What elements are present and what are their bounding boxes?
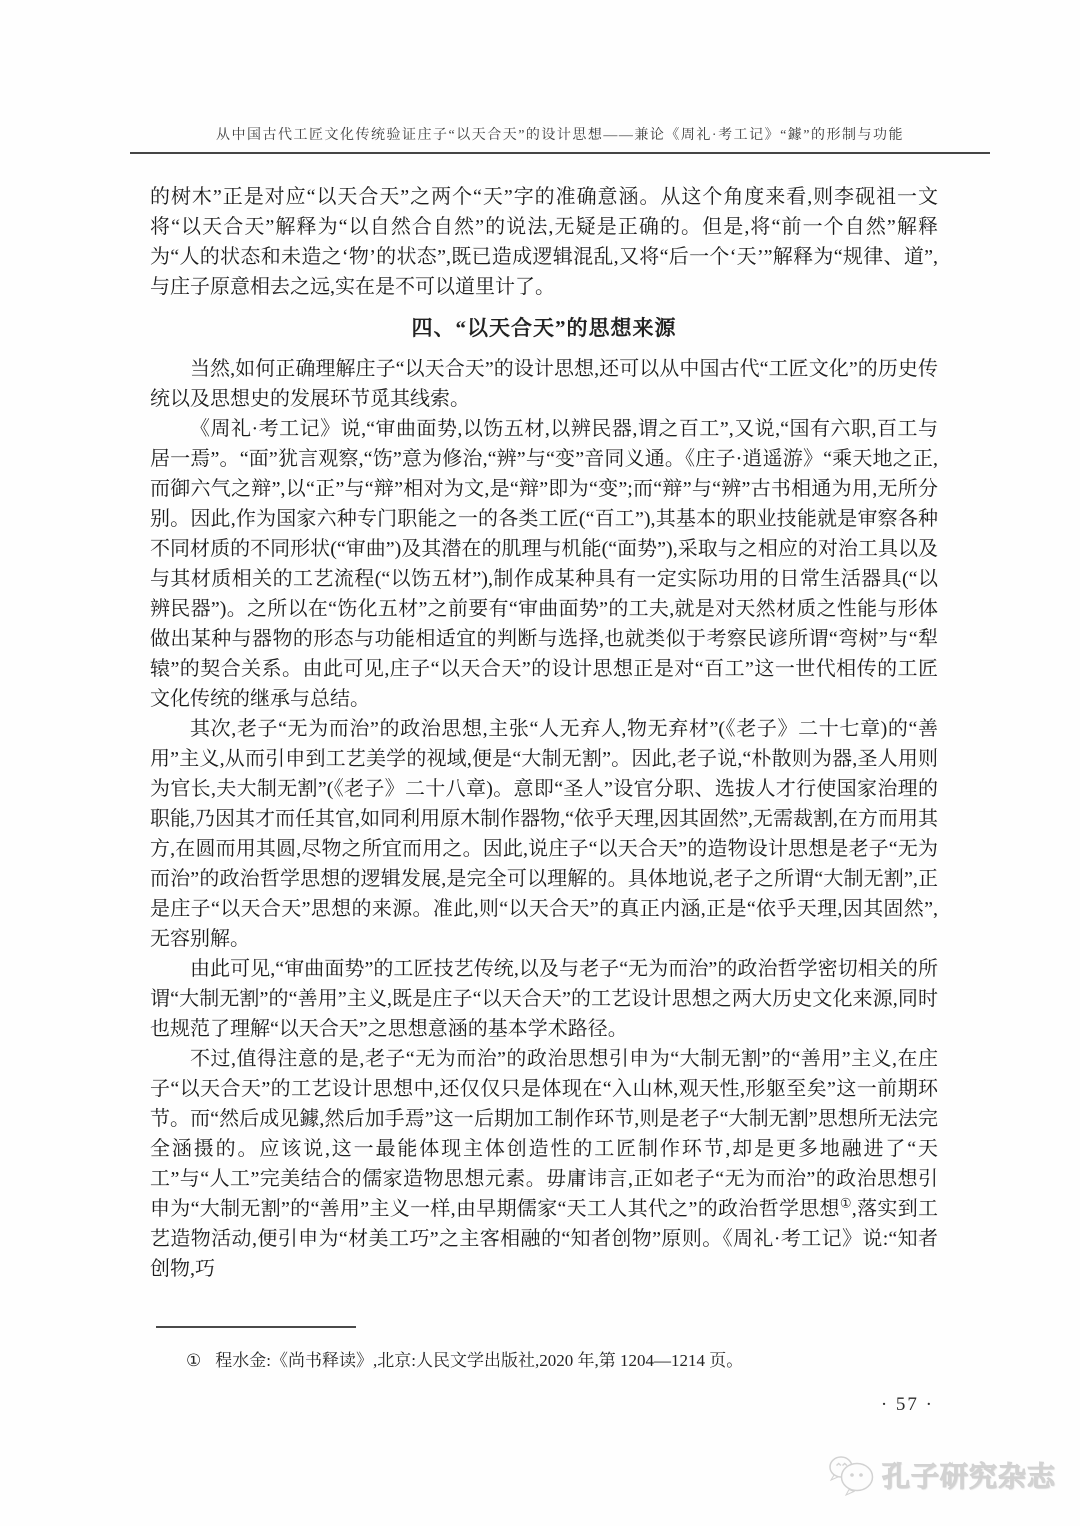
footnote: ①程水金:《尚书释读》,北京:人民文学出版社,2020 年,第 1204—121… — [186, 1348, 938, 1373]
section-heading: 四、“以天合天”的思想来源 — [150, 313, 938, 343]
journal-watermark: 孔子研究杂志 — [828, 1454, 1056, 1496]
paragraph-continuation: 的树木”正是对应“以天合天”之两个“天”字的准确意涵。从这个角度来看,则李砚祖一… — [150, 182, 938, 302]
paragraph-text: 不过,值得注意的是,老子“无为而治”的政治思想引申为“大制无割”的“善用”主义,… — [150, 1048, 938, 1220]
footnote-marker: ① — [186, 1351, 201, 1370]
wechat-speech-bubbles-icon — [828, 1454, 874, 1496]
footnote-text: 程水金:《尚书释读》,北京:人民文学出版社,2020 年,第 1204—1214… — [215, 1351, 743, 1370]
paragraph: 由此可见,“审曲面势”的工匠技艺传统,以及与老子“无为而治”的政治哲学密切相关的… — [150, 954, 938, 1044]
footnote-divider — [156, 1326, 356, 1328]
paragraph: 《周礼·考工记》说,“审曲面势,以饬五材,以辨民器,谓之百工”,又说,“国有六职… — [150, 414, 938, 714]
paragraph: 当然,如何正确理解庄子“以天合天”的设计思想,还可以从中国古代“工匠文化”的历史… — [150, 354, 938, 414]
paragraph: 其次,老子“无为而治”的政治思想,主张“人无弃人,物无弃材”(《老子》二十七章)… — [150, 714, 938, 954]
header-rule — [130, 152, 990, 154]
article-body: 的树木”正是对应“以天合天”之两个“天”字的准确意涵。从这个角度来看,则李砚祖一… — [150, 182, 938, 1284]
footnote-reference: ① — [840, 1195, 852, 1210]
journal-page: 从中国古代工匠文化传统验证庄子“以天合天”的设计思想——兼论《周礼·考工记》“鐻… — [0, 0, 1080, 1526]
page-number: · 57 · — [881, 1394, 934, 1416]
paragraph: 不过,值得注意的是,老子“无为而治”的政治思想引申为“大制无割”的“善用”主义,… — [150, 1044, 938, 1284]
watermark-text: 孔子研究杂志 — [882, 1455, 1056, 1495]
running-title: 从中国古代工匠文化传统验证庄子“以天合天”的设计思想——兼论《周礼·考工记》“鐻… — [130, 124, 990, 144]
